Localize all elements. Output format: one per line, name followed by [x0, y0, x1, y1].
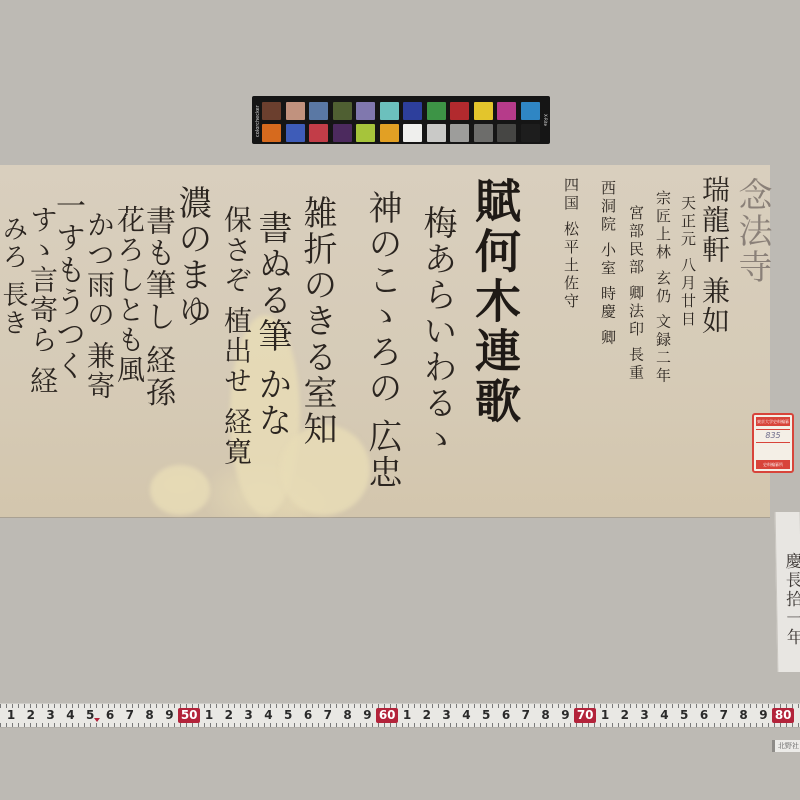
- color-swatch: [309, 124, 328, 142]
- text-column-4: 宮部民部 卿法印 長重: [628, 205, 643, 383]
- color-swatch: [474, 102, 493, 120]
- ruler-number: 8: [737, 708, 751, 723]
- color-swatch: [427, 124, 446, 142]
- verse-column: かつ雨の 兼寄: [85, 210, 113, 401]
- verse-column: 神のこゝろの 広忠: [365, 190, 399, 491]
- collection-tag: 北野社: [772, 740, 800, 752]
- color-checker-row-2: [262, 124, 540, 142]
- ruler-number: 9: [558, 708, 572, 723]
- ruler-number: 7: [717, 708, 731, 723]
- sticker-department: 史料編纂所: [756, 460, 790, 469]
- verse-column: 雑折のきる室知: [300, 195, 334, 447]
- ruler-number: 7: [321, 708, 335, 723]
- color-swatch: [427, 102, 446, 120]
- color-swatch: [403, 102, 422, 120]
- text-column-2: 天正元 八月廿日: [680, 195, 695, 329]
- verse-column: 書も筆し 経孫: [142, 205, 172, 409]
- measurement-ruler: 1234567895012345678960123456789701234567…: [0, 703, 800, 728]
- color-swatch: [497, 102, 516, 120]
- verse-column: 濃のまゆ: [175, 185, 209, 329]
- ruler-number: 1: [4, 708, 18, 723]
- color-swatch: [333, 102, 352, 120]
- ruler-number: 3: [242, 708, 256, 723]
- ruler-number: 5: [479, 708, 493, 723]
- ruler-number: 3: [440, 708, 454, 723]
- ruler-number: 7: [123, 708, 137, 723]
- ruler-number: 8: [539, 708, 553, 723]
- text-column-3: 宗匠上林 玄仍 文録二年: [655, 190, 670, 386]
- sticker-number: 835: [756, 429, 790, 443]
- ruler-number: 6: [103, 708, 117, 723]
- ruler-number: 2: [420, 708, 434, 723]
- ruler-number: 4: [63, 708, 77, 723]
- ruler-labels: 1234567895012345678960123456789701234567…: [0, 708, 800, 723]
- ruler-number: 60: [376, 708, 398, 723]
- ruler-number: 50: [178, 708, 200, 723]
- ruler-number: 1: [598, 708, 612, 723]
- faint-text-column: 念法寺: [735, 177, 769, 285]
- ruler-number: 2: [618, 708, 632, 723]
- catalog-label-sticker: 東京大学史料編纂所 835 史料編纂所: [752, 413, 794, 473]
- color-swatch: [262, 102, 281, 120]
- slip-date-text: 慶長拾一年: [779, 552, 800, 647]
- ruler-number: 8: [341, 708, 355, 723]
- ruler-number: 6: [697, 708, 711, 723]
- color-checker-row-1: [262, 102, 540, 120]
- text-column-5: 西洞院 小室 時慶 卿: [600, 180, 615, 347]
- color-swatch: [403, 124, 422, 142]
- ruler-number: 8: [143, 708, 157, 723]
- ruler-number: 5: [677, 708, 691, 723]
- ruler-number: 6: [301, 708, 315, 723]
- color-swatch: [333, 124, 352, 142]
- ruler-marker-icon: [94, 718, 100, 722]
- ruler-number: 4: [459, 708, 473, 723]
- color-swatch: [380, 102, 399, 120]
- ruler-number: 2: [222, 708, 236, 723]
- color-swatch: [521, 124, 540, 142]
- color-swatch: [356, 124, 375, 142]
- ruler-number: 70: [574, 708, 596, 723]
- ruler-number: 3: [638, 708, 652, 723]
- color-swatch: [450, 102, 469, 120]
- ruler-number: 2: [24, 708, 38, 723]
- text-column-6: 四国 松平土佐守: [563, 177, 578, 311]
- ruler-number: 3: [44, 708, 58, 723]
- color-swatch: [286, 102, 305, 120]
- color-checker-maker: X-Rite: [540, 110, 548, 130]
- ruler-number: 7: [519, 708, 533, 723]
- ruler-number: 9: [360, 708, 374, 723]
- ruler-number: 9: [162, 708, 176, 723]
- ruler-number: 6: [499, 708, 513, 723]
- color-swatch: [286, 124, 305, 142]
- verse-column: すゝ言寄ら 経: [28, 205, 56, 396]
- renga-title: 賦何木連歌: [472, 177, 518, 427]
- color-swatch: [309, 102, 328, 120]
- ruler-number: 9: [756, 708, 770, 723]
- color-swatch: [380, 124, 399, 142]
- renga-manuscript: 念法寺 瑞龍軒 兼如 天正元 八月廿日 宗匠上林 玄仍 文録二年 宮部民部 卿法…: [0, 165, 770, 517]
- ruler-number: 4: [261, 708, 275, 723]
- color-swatch: [356, 102, 375, 120]
- color-swatch: [450, 124, 469, 142]
- color-swatch: [262, 124, 281, 142]
- ruler-number: 5: [281, 708, 295, 723]
- ruler-number: 1: [202, 708, 216, 723]
- verse-column: 書ぬる筆 かな: [255, 210, 289, 439]
- attached-paper-slip: 慶長拾一年: [775, 512, 800, 672]
- color-swatch: [521, 102, 540, 120]
- ruler-number: 80: [772, 708, 794, 723]
- text-column-1: 瑞龍軒 兼如: [700, 175, 728, 336]
- verse-column: 保さぞ 植出せ 経寛: [222, 205, 250, 467]
- ruler-number: 4: [657, 708, 671, 723]
- color-swatch: [497, 124, 516, 142]
- verse-column: みろ 長き: [0, 215, 26, 337]
- color-swatch: [474, 124, 493, 142]
- verse-column: 梅あらいわるゝ: [420, 205, 454, 457]
- water-stain: [150, 465, 210, 515]
- color-checker-card: colorchecker X-Rite: [252, 96, 550, 144]
- ruler-ticks-bottom: [0, 723, 800, 727]
- verse-column: 花ろしとも風: [115, 205, 143, 385]
- sticker-institution: 東京大学史料編纂所: [756, 417, 790, 426]
- ruler-number: 1: [400, 708, 414, 723]
